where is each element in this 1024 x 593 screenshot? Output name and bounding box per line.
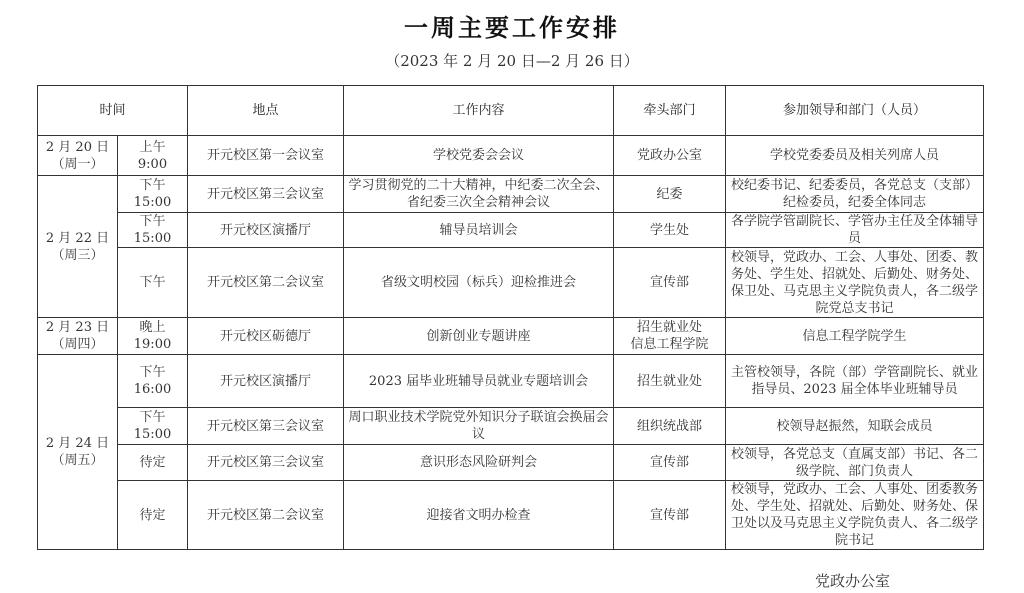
lead-department-cell: 党政办公室 xyxy=(614,136,726,176)
time-cell: 下午 15:00 xyxy=(118,408,188,445)
date: 2 月 22 日 xyxy=(41,230,114,247)
lead-department-cell: 宣传部 xyxy=(614,481,726,550)
location-cell: 开元校区第二会议室 xyxy=(188,481,344,550)
time-clock: 15:00 xyxy=(121,194,184,211)
time-period: 上午 xyxy=(121,139,184,156)
weekly-schedule-table: 时间 地点 工作内容 牵头部门 参加领导和部门（人员） 2 月 20 日 （周一… xyxy=(37,85,984,550)
participants-cell: 学校党委委员及相关列席人员 xyxy=(726,136,984,176)
table-row: 2 月 24 日 （周五） 下午 16:00 开元校区演播厅 2023 届毕业班… xyxy=(38,355,984,408)
weekday: （周三） xyxy=(41,247,114,264)
time-period: 下午 xyxy=(121,213,184,230)
date: 2 月 24 日 xyxy=(41,435,114,452)
lead-department-2: 信息工程学院 xyxy=(617,336,722,353)
participants-cell: 校领导，各党总支（直属支部）书记、各二级学院、部门负责人 xyxy=(726,445,984,481)
time-period: 晚上 xyxy=(121,319,184,336)
weekday: （周一） xyxy=(41,156,114,173)
time-period: 下午 xyxy=(121,409,184,426)
content-cell: 省级文明校园（标兵）迎检推进会 xyxy=(344,248,614,318)
location-cell: 开元校区第三会议室 xyxy=(188,176,344,213)
table-row: 待定 开元校区第二会议室 迎接省文明办检查 宣传部 校领导，党政办、工会、人事处… xyxy=(38,481,984,550)
time-clock: 16:00 xyxy=(121,381,184,398)
table-row: 待定 开元校区第三会议室 意识形态风险研判会 宣传部 校领导，各党总支（直属支部… xyxy=(38,445,984,481)
participants-cell: 校纪委书记、纪委委员，各党总支（支部）纪检委员，纪委全体同志 xyxy=(726,176,984,213)
weekday: （周五） xyxy=(41,452,114,469)
header-time: 时间 xyxy=(38,86,188,136)
header-location: 地点 xyxy=(188,86,344,136)
lead-department-cell: 纪委 xyxy=(614,176,726,213)
time-cell: 下午 xyxy=(118,248,188,318)
lead-department-1: 招生就业处 xyxy=(617,319,722,336)
location-cell: 开元校区第三会议室 xyxy=(188,445,344,481)
location-cell: 开元校区砺德厅 xyxy=(188,318,344,355)
location-cell: 开元校区演播厅 xyxy=(188,355,344,408)
issuer-signature: 党政办公室 xyxy=(815,570,890,591)
date: 2 月 23 日 xyxy=(41,319,114,336)
participants-cell: 校领导，党政办、工会、人事处、团委、教务处、学生处、招就处、后勤处、财务处、保卫… xyxy=(726,248,984,318)
content-cell: 学校党委会会议 xyxy=(344,136,614,176)
content-cell: 辅导员培训会 xyxy=(344,213,614,248)
lead-department-cell: 招生就业处 xyxy=(614,355,726,408)
lead-department-cell: 学生处 xyxy=(614,213,726,248)
lead-department-cell: 组织统战部 xyxy=(614,408,726,445)
header-lead-department: 牵头部门 xyxy=(614,86,726,136)
table-row: 下午 开元校区第二会议室 省级文明校园（标兵）迎检推进会 宣传部 校领导，党政办… xyxy=(38,248,984,318)
content-cell: 2023 届毕业班辅导员就业专题培训会 xyxy=(344,355,614,408)
weekday: （周四） xyxy=(41,336,114,353)
content-cell: 学习贯彻党的二十大精神，中纪委二次全会、省纪委三次全会精神会议 xyxy=(344,176,614,213)
participants-cell: 信息工程学院学生 xyxy=(726,318,984,355)
time-period: 下午 xyxy=(121,364,184,381)
location-cell: 开元校区第三会议室 xyxy=(188,408,344,445)
time-clock: 15:00 xyxy=(121,230,184,247)
table-row: 下午 15:00 开元校区第三会议室 周口职业技术学院党外知识分子联谊会换届会议… xyxy=(38,408,984,445)
content-cell: 迎接省文明办检查 xyxy=(344,481,614,550)
location-cell: 开元校区第一会议室 xyxy=(188,136,344,176)
participants-cell: 校领导，党政办、工会、人事处、团委教务处、学生处、招就处、后勤处、财务处、保卫处… xyxy=(726,481,984,550)
participants-cell: 各学院学管副院长、学管办主任及全体辅导员 xyxy=(726,213,984,248)
table-row: 下午 15:00 开元校区演播厅 辅导员培训会 学生处 各学院学管副院长、学管办… xyxy=(38,213,984,248)
table-row: 2 月 23 日 （周四） 晚上 19:00 开元校区砺德厅 创新创业专题讲座 … xyxy=(38,318,984,355)
time-period: 下午 xyxy=(121,274,184,291)
time-period: 下午 xyxy=(121,177,184,194)
date-cell: 2 月 22 日 （周三） xyxy=(38,176,118,318)
location-cell: 开元校区演播厅 xyxy=(188,213,344,248)
time-cell: 待定 xyxy=(118,445,188,481)
date: 2 月 20 日 xyxy=(41,139,114,156)
time-cell: 待定 xyxy=(118,481,188,550)
time-clock: 15:00 xyxy=(121,426,184,443)
time-cell: 下午 16:00 xyxy=(118,355,188,408)
participants-cell: 校领导赵振然，知联会成员 xyxy=(726,408,984,445)
document-title: 一周主要工作安排 xyxy=(0,8,1024,43)
date-cell: 2 月 24 日 （周五） xyxy=(38,355,118,550)
content-cell: 创新创业专题讲座 xyxy=(344,318,614,355)
time-cell: 下午 15:00 xyxy=(118,213,188,248)
header-content: 工作内容 xyxy=(344,86,614,136)
lead-department-cell: 宣传部 xyxy=(614,445,726,481)
date-cell: 2 月 20 日 （周一） xyxy=(38,136,118,176)
location-cell: 开元校区第二会议室 xyxy=(188,248,344,318)
time-cell: 晚上 19:00 xyxy=(118,318,188,355)
lead-department-cell: 招生就业处 信息工程学院 xyxy=(614,318,726,355)
time-clock: 9:00 xyxy=(121,156,184,173)
date-range-subtitle: （2023 年 2 月 20 日—2 月 26 日） xyxy=(0,50,1024,71)
time-cell: 上午 9:00 xyxy=(118,136,188,176)
lead-department-cell: 宣传部 xyxy=(614,248,726,318)
table-row: 2 月 22 日 （周三） 下午 15:00 开元校区第三会议室 学习贯彻党的二… xyxy=(38,176,984,213)
document-page: 一周主要工作安排 （2023 年 2 月 20 日—2 月 26 日） 时间 地… xyxy=(0,0,1024,593)
participants-cell: 主管校领导，各院（部）学管副院长、就业指导员、2023 届全体毕业班辅导员 xyxy=(726,355,984,408)
content-cell: 意识形态风险研判会 xyxy=(344,445,614,481)
table-header-row: 时间 地点 工作内容 牵头部门 参加领导和部门（人员） xyxy=(38,86,984,136)
content-cell: 周口职业技术学院党外知识分子联谊会换届会议 xyxy=(344,408,614,445)
time-cell: 下午 15:00 xyxy=(118,176,188,213)
date-cell: 2 月 23 日 （周四） xyxy=(38,318,118,355)
time-clock: 19:00 xyxy=(121,336,184,353)
header-participants: 参加领导和部门（人员） xyxy=(726,86,984,136)
table-row: 2 月 20 日 （周一） 上午 9:00 开元校区第一会议室 学校党委会会议 … xyxy=(38,136,984,176)
